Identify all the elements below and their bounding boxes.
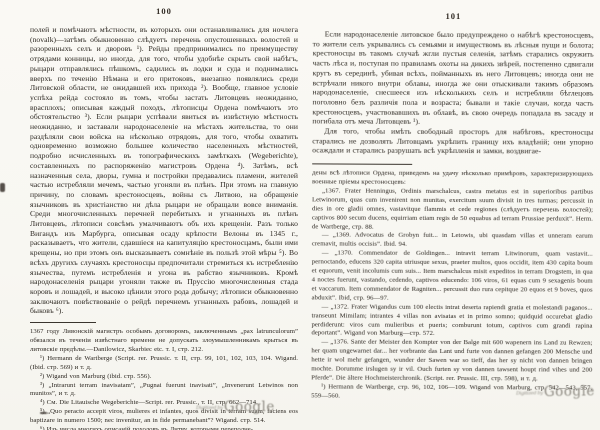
footnote: дены всѣ лѣтописи Ордена, приведемъ на у… bbox=[312, 170, 593, 189]
footnote: „1367. Frater Henningus, Ordinis marscha… bbox=[312, 187, 593, 233]
footnote: — „1369. Advocatus de Grobyn fuit... in … bbox=[312, 232, 593, 251]
paragraph: Для того, чтобы имѣть свободный просторъ… bbox=[312, 126, 593, 156]
footnote: — „1376. Sante der Meister den Kompter v… bbox=[311, 339, 592, 385]
page-left: 100 полей и помѣчаютъ мѣстности, въ кото… bbox=[30, 6, 298, 430]
footnote: — „1370. Commendator de Goldingen... int… bbox=[312, 250, 593, 305]
watermark-prefix-text: Digitized by bbox=[196, 405, 223, 411]
footnote: — „1372. Frater Wigandus cum 100 electis… bbox=[311, 303, 592, 340]
page-right: 101 Если народонаселеніе литовское было … bbox=[311, 10, 594, 402]
page-number-left: 100 bbox=[30, 6, 298, 16]
page-left-body: полей и помѣчаютъ мѣстности, въ которыхъ… bbox=[30, 25, 298, 316]
footnote: ²) Wigand von Marburg (ibid. стр. 556). bbox=[30, 373, 298, 382]
scan-artifact bbox=[40, 412, 47, 414]
watermark-prefix-text: Digitized by bbox=[516, 390, 543, 396]
paragraph: полей и помѣчаютъ мѣстности, въ которыхъ… bbox=[30, 25, 298, 316]
footnote-separator bbox=[30, 322, 96, 323]
book-scan-spread: 100 полей и помѣчаютъ мѣстности, въ кото… bbox=[0, 0, 600, 430]
google-logo-watermark: Google bbox=[224, 399, 275, 415]
scan-artifact bbox=[0, 183, 5, 192]
google-books-watermark: Digitized byGoogle bbox=[516, 380, 595, 400]
page-right-body: Если народонаселеніе литовское было пред… bbox=[312, 29, 594, 156]
footnote: ¹) Hermann de Wartberge (Script. rer. Pr… bbox=[30, 355, 298, 373]
footnote: 1367 году Ливонскій магистръ особымъ дог… bbox=[30, 328, 298, 355]
page-right-footnotes: дены всѣ лѣтописи Ордена, приведемъ на у… bbox=[311, 170, 593, 403]
footnote-separator bbox=[312, 164, 412, 165]
footnote: ⁶) Изъ числа многихъ описаній походовъ в… bbox=[30, 426, 298, 430]
page-number-right: 101 bbox=[313, 10, 594, 21]
google-logo-watermark: Google bbox=[544, 383, 595, 400]
paragraph: Если народонаселеніе литовское было пред… bbox=[312, 29, 593, 127]
google-books-watermark: Digitized byGoogle bbox=[196, 396, 275, 415]
